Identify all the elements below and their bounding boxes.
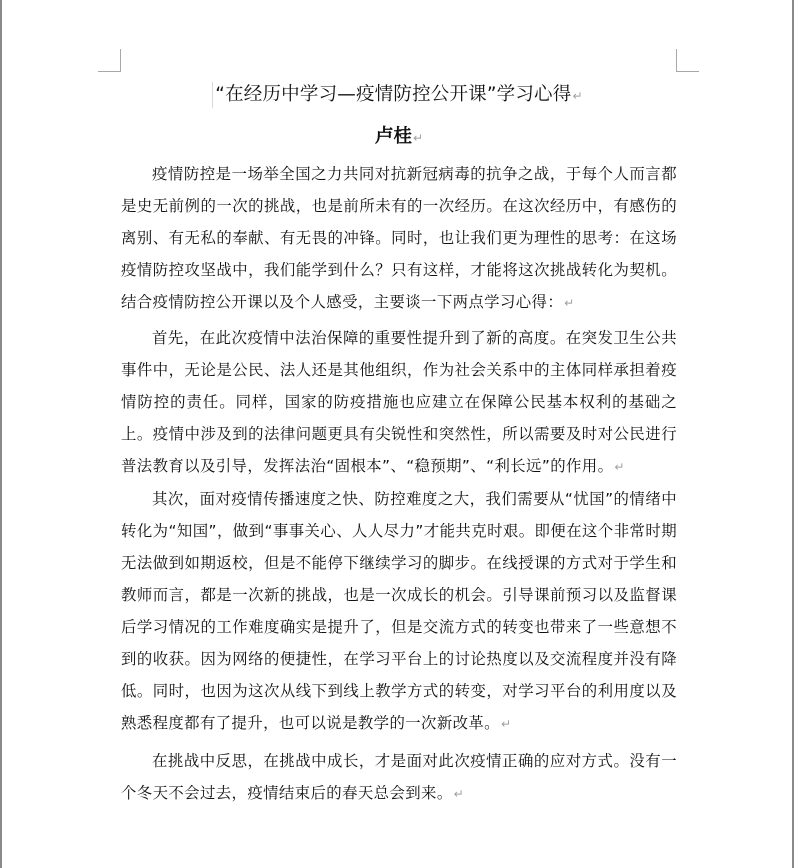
- page-left-edge: [0, 0, 2, 868]
- paragraph-text: 首先，在此次疫情中法治保障的重要性提升到了新的高度。在突发卫生公共事件中，无论是…: [121, 329, 677, 475]
- paragraph-first-point[interactable]: 首先，在此次疫情中法治保障的重要性提升到了新的高度。在突发卫生公共事件中，无论是…: [121, 322, 677, 483]
- document-author[interactable]: 卢桂↵: [121, 124, 677, 151]
- title-text: “在经历中学习—疫情防控公开课”学习心得: [215, 84, 571, 105]
- paragraph-second-point[interactable]: 其次，面对疫情传播速度之快、防控难度之大，我们需要从“忧国”的情绪中转化为“知国…: [121, 483, 677, 740]
- margin-corner-top-right: [676, 49, 699, 72]
- paragraph-text: 在挑战中反思，在挑战中成长，才是面对此次疫情正确的应对方式。没有一个冬天不会过去…: [121, 752, 677, 802]
- document-title[interactable]: “在经历中学习—疫情防控公开课”学习心得↵: [121, 82, 677, 109]
- paragraph-mark-icon: ↵: [501, 717, 511, 731]
- margin-corner-top-left: [98, 49, 121, 72]
- paragraph-text: 其次，面对疫情传播速度之快、防控难度之大，我们需要从“忧国”的情绪中转化为“知国…: [121, 490, 677, 732]
- paragraph-intro[interactable]: 疫情防控是一场举全国之力共同对抗新冠病毒的抗争之战，于每个人而言都是史无前例的一…: [121, 158, 677, 319]
- paragraph-mark-icon: ↵: [564, 296, 574, 310]
- paragraph-conclusion[interactable]: 在挑战中反思，在挑战中成长，才是面对此次疫情正确的应对方式。没有一个冬天不会过去…: [121, 745, 677, 810]
- paragraph-text: 疫情防控是一场举全国之力共同对抗新冠病毒的抗争之战，于每个人而言都是史无前例的一…: [121, 165, 677, 311]
- paragraph-mark-icon: ↵: [572, 89, 582, 103]
- paragraph-mark-icon: ↵: [454, 787, 464, 801]
- author-text: 卢桂: [375, 126, 412, 147]
- paragraph-mark-icon: ↵: [413, 131, 423, 145]
- paragraph-mark-icon: ↵: [614, 460, 624, 474]
